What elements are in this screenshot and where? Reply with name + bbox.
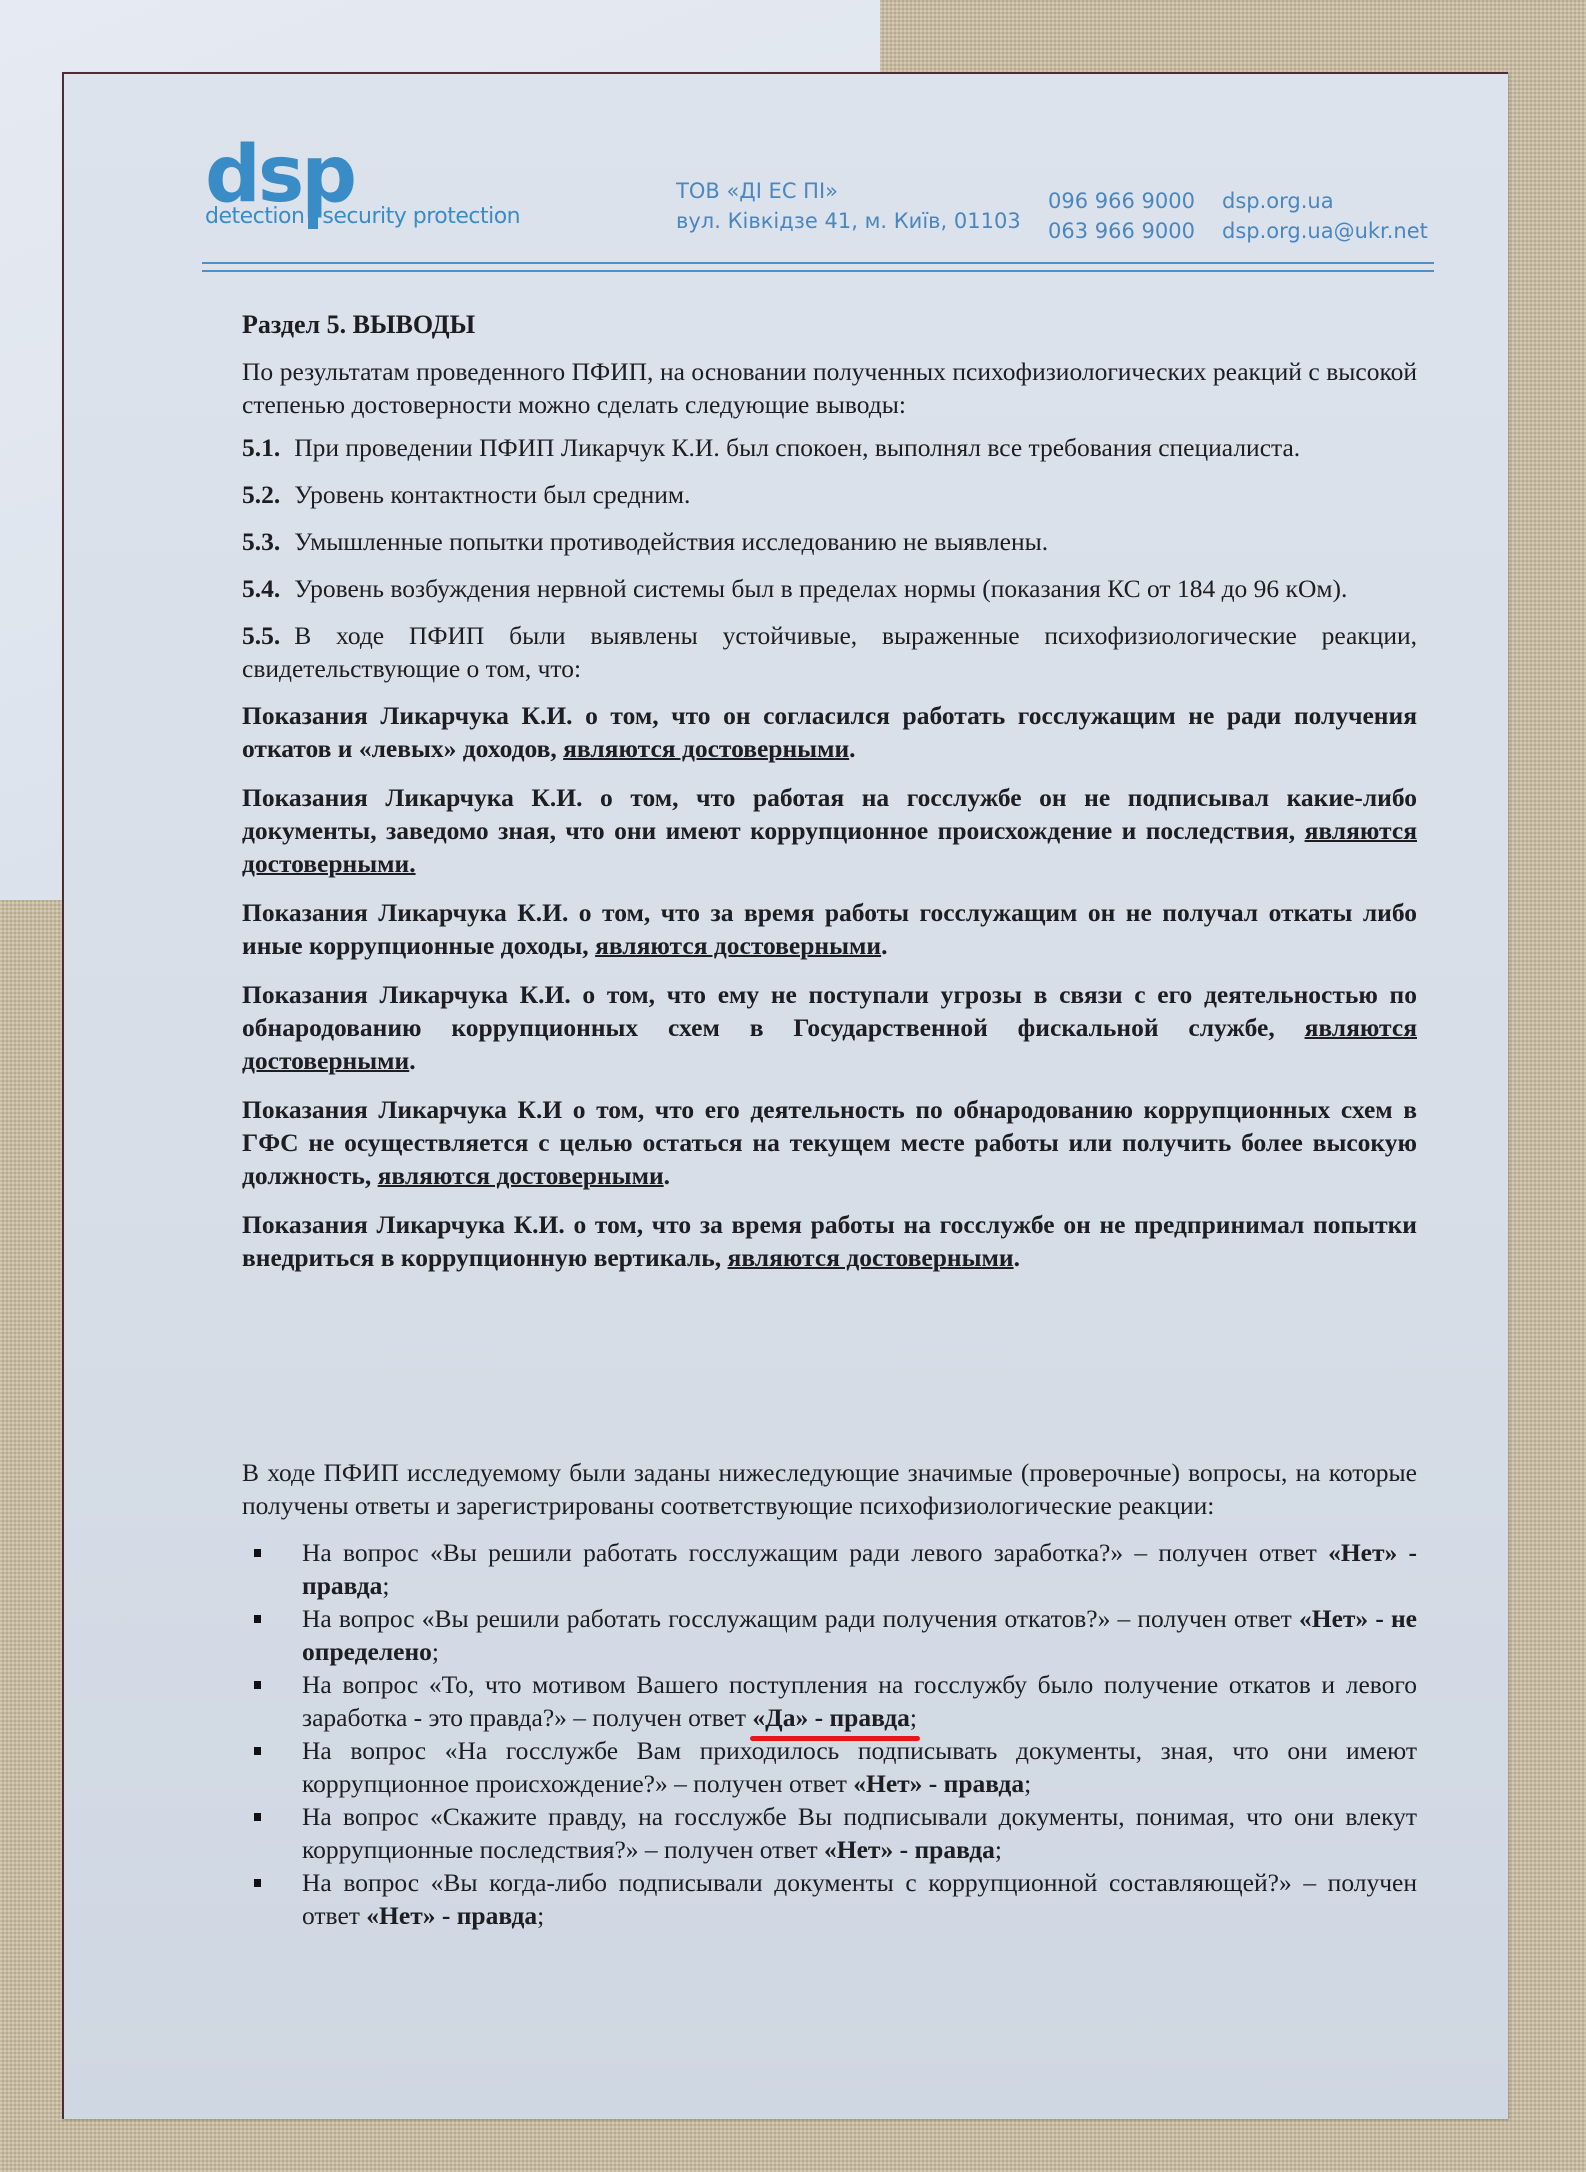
question-end: ; xyxy=(537,1901,544,1930)
finding-item: Показания Ликарчука К.И. о том, что он с… xyxy=(242,699,1417,765)
logo-sub-right: security protection xyxy=(322,204,520,229)
conclusion-item: 5.4.Уровень возбуждения нервной системы … xyxy=(242,572,1417,605)
question-item: На вопрос «Вы когда-либо подписывали док… xyxy=(242,1866,1417,1932)
conclusion-item: 5.5.В ходе ПФИП были выявлены устойчивые… xyxy=(242,619,1417,685)
question-end: ; xyxy=(910,1703,917,1732)
finding-verdict: являются достоверными xyxy=(595,931,881,960)
phone-2: 063 966 9000 xyxy=(1048,216,1195,246)
finding-text: Показания Ликарчука К.И. о том, что рабо… xyxy=(242,783,1417,845)
finding-item: Показания Ликарчука К.И о том, что его д… xyxy=(242,1093,1417,1192)
conclusion-item: 5.2.Уровень контактности был средним. xyxy=(242,478,1417,511)
section-intro: По результатам проведенного ПФИП, на осн… xyxy=(242,355,1417,421)
red-underline-annotation xyxy=(750,1736,919,1741)
conclusion-item: 5.3.Умышленные попытки противодействия и… xyxy=(242,525,1417,558)
finding-item: Показания Ликарчука К.И. о том, что ему … xyxy=(242,978,1417,1077)
finding-item: Показания Ликарчука К.И. о том, что рабо… xyxy=(242,781,1417,880)
company-address: вул. Ківкідзе 41, м. Київ, 01103 xyxy=(676,206,1021,236)
item-text: Уровень возбуждения нервной системы был … xyxy=(294,574,1347,603)
finding-end: . xyxy=(664,1161,670,1190)
question-end: ; xyxy=(432,1637,439,1666)
section-title: Раздел 5. ВЫВОДЫ xyxy=(242,308,1417,341)
question-end: ; xyxy=(1024,1769,1031,1798)
company-name: ТОВ «ДІ ЕС ПІ» xyxy=(676,176,1021,206)
question-item: На вопрос «На госслужбе Вам приходилось … xyxy=(242,1734,1417,1800)
logo-sub-left: detection xyxy=(205,204,304,229)
question-answer: «Нет» - правда xyxy=(853,1769,1024,1798)
item-text: В ходе ПФИП были выявлены устойчивые, вы… xyxy=(242,621,1417,683)
item-text: Умышленные попытки противодействия иссле… xyxy=(294,527,1048,556)
company-logo: dsp detection security protection xyxy=(205,140,520,229)
question-end: ; xyxy=(995,1835,1002,1864)
logo-main: dsp xyxy=(205,140,520,210)
question-item: На вопрос «Вы решили работать госслужащи… xyxy=(242,1536,1417,1602)
email-link[interactable]: dsp.org.ua@ukr.net xyxy=(1222,216,1428,246)
finding-text: Показания Ликарчука К.И. о том, что ему … xyxy=(242,980,1417,1042)
question-item: На вопрос «То, что мотивом Вашего поступ… xyxy=(242,1668,1417,1734)
question-text: На вопрос «Вы решили работать госслужащи… xyxy=(302,1604,1299,1633)
item-text: При проведении ПФИП Ликарчук К.И. был сп… xyxy=(294,433,1300,462)
question-item: На вопрос «Скажите правду, на госслужбе … xyxy=(242,1800,1417,1866)
conclusion-items: 5.1.При проведении ПФИП Ликарчук К.И. бы… xyxy=(242,431,1417,685)
finding-end: . xyxy=(881,931,887,960)
finding-verdict: являются достоверными xyxy=(378,1161,664,1190)
phones: 096 966 9000 063 966 9000 xyxy=(1048,186,1195,246)
question-answer: «Да» - правда xyxy=(752,1703,909,1732)
questions-intro: В ходе ПФИП исследуемому были заданы ниж… xyxy=(242,1456,1417,1522)
item-number: 5.5. xyxy=(242,621,280,650)
logo-bar xyxy=(308,207,318,229)
item-number: 5.4. xyxy=(242,574,280,603)
question-end: ; xyxy=(382,1571,389,1600)
item-number: 5.3. xyxy=(242,527,280,556)
website-link[interactable]: dsp.org.ua xyxy=(1222,186,1428,216)
findings-list: Показания Ликарчука К.И. о том, что он с… xyxy=(242,699,1417,1274)
question-answer: «Нет» - правда xyxy=(366,1901,537,1930)
header-rule-bottom xyxy=(202,270,1434,272)
item-number: 5.2. xyxy=(242,480,280,509)
finding-item: Показания Ликарчука К.И. о том, что за в… xyxy=(242,1208,1417,1274)
question-item: На вопрос «Вы решили работать госслужащи… xyxy=(242,1602,1417,1668)
item-number: 5.1. xyxy=(242,433,280,462)
question-answer: «Нет» - правда xyxy=(824,1835,995,1864)
finding-end: . xyxy=(1014,1243,1020,1272)
conclusions-section: Раздел 5. ВЫВОДЫ По результатам проведен… xyxy=(242,308,1417,1290)
header-rule-top xyxy=(202,262,1434,264)
finding-verdict: являются достоверными xyxy=(728,1243,1014,1272)
question-text: На вопрос «Вы решили работать госслужащи… xyxy=(302,1538,1328,1567)
questions-section: В ходе ПФИП исследуемому были заданы ниж… xyxy=(242,1456,1417,1932)
questions-list: На вопрос «Вы решили работать госслужащи… xyxy=(242,1536,1417,1932)
conclusion-item: 5.1.При проведении ПФИП Ликарчук К.И. бы… xyxy=(242,431,1417,464)
finding-end: . xyxy=(409,1046,415,1075)
finding-verdict: являются достоверными xyxy=(563,734,849,763)
contacts: dsp.org.ua dsp.org.ua@ukr.net xyxy=(1222,186,1428,246)
phone-1: 096 966 9000 xyxy=(1048,186,1195,216)
company-info: ТОВ «ДІ ЕС ПІ» вул. Ківкідзе 41, м. Київ… xyxy=(676,176,1021,236)
item-text: Уровень контактности был средним. xyxy=(294,480,690,509)
finding-end: . xyxy=(849,734,855,763)
finding-item: Показания Ликарчука К.И. о том, что за в… xyxy=(242,896,1417,962)
